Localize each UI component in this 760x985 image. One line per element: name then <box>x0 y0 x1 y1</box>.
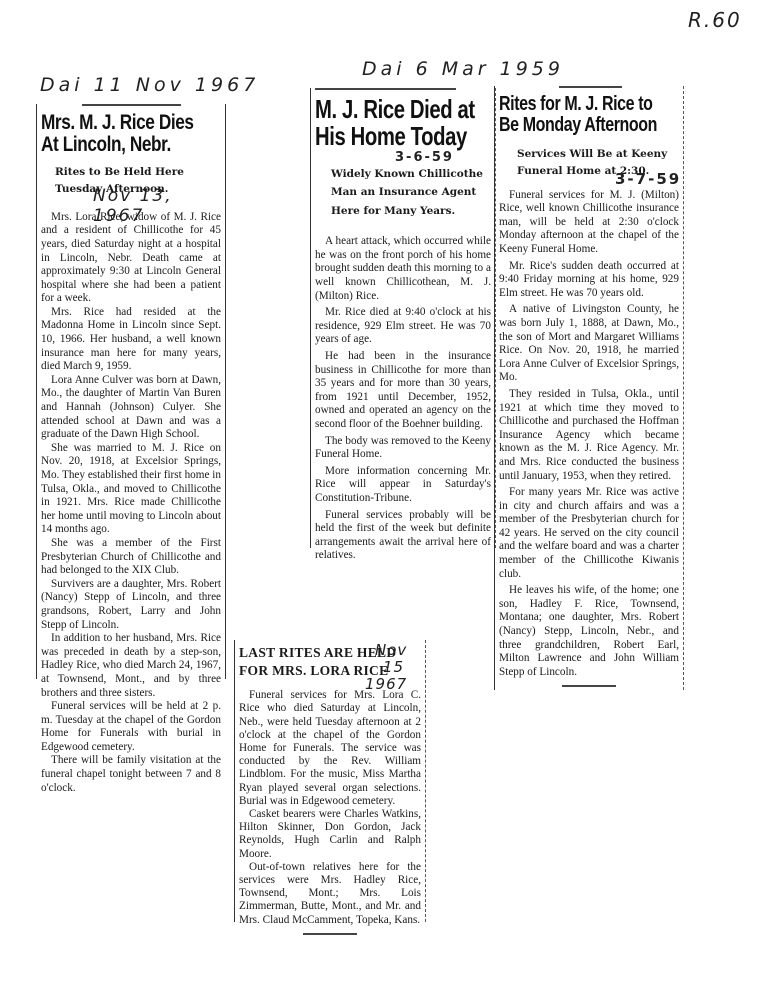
article-body: A heart attack, which occurred while he … <box>315 235 491 563</box>
rule-divider <box>315 88 456 90</box>
paragraph: A native of Livingston County, he was bo… <box>499 303 679 385</box>
headline-line: Be Monday Afternoon <box>499 115 683 136</box>
rule-divider <box>82 104 181 106</box>
headline: Rites for M. J. Rice to Be Monday Aftern… <box>499 94 683 136</box>
paragraph: Funeral services for M. J. (Milton) Rice… <box>499 189 679 257</box>
handwritten-date-line: Nov <box>375 642 407 659</box>
subheadline: Widely Known Chillicothe Man an Insuranc… <box>331 165 491 222</box>
headline-line: Mrs. M. J. Rice Dies <box>41 112 221 134</box>
rule-divider <box>559 86 622 88</box>
headline: M. J. Rice Died at His Home Today <box>315 96 494 151</box>
article-body: Funeral services for M. J. (Milton) Rice… <box>499 189 679 680</box>
headline-line: His Home Today <box>315 123 494 150</box>
paragraph: Mr. Rice died at 9:40 o'clock at his res… <box>315 306 491 347</box>
handwritten-source-note: Dai 11 Nov 1967 <box>40 74 259 96</box>
article-body: Mrs. Lora Rice, widow of M. J. Rice and … <box>41 211 221 796</box>
handwritten-source-note: Dai 6 Mar 1959 <box>362 58 564 80</box>
paragraph: Funeral services will be held at 2 p. m.… <box>41 700 221 754</box>
subhead-line: Services Will Be at Keeny <box>517 146 679 163</box>
paragraph: More information concerning Mr. Rice wil… <box>315 465 491 506</box>
headline-line: At Lincoln, Nebr. <box>41 134 221 156</box>
clipping-rites-mj-rice: Rites for M. J. Rice to Be Monday Aftern… <box>494 86 684 690</box>
paragraph: Funeral services for Mrs. Lora C. Rice w… <box>239 689 421 808</box>
paragraph: Mr. Rice's sudden death occurred at 9:40… <box>499 260 679 301</box>
paragraph: Lora Anne Culver was born at Dawn, Mo., … <box>41 374 221 442</box>
paragraph: She was married to M. J. Rice on Nov. 20… <box>41 442 221 537</box>
paragraph: Mrs. Rice had resided at the Madonna Hom… <box>41 306 221 374</box>
clipping-last-rites-lora: LAST RITES ARE HELD FOR MRS. LORA RICE N… <box>234 640 426 922</box>
paragraph: A heart attack, which occurred while he … <box>315 235 491 303</box>
paragraph: He leaves his wife, of the home; one son… <box>499 584 679 679</box>
headline-line: M. J. Rice Died at <box>315 96 494 123</box>
paragraph: They resided in Tulsa, Okla., until 1921… <box>499 388 679 483</box>
clipping-lora-rice-dies: Mrs. M. J. Rice Dies At Lincoln, Nebr. R… <box>36 104 226 679</box>
paragraph: In addition to her husband, Mrs. Rice wa… <box>41 632 221 700</box>
rule-divider <box>562 685 616 687</box>
paragraph: For many years Mr. Rice was active in ci… <box>499 486 679 581</box>
clipping-mj-rice-died: M. J. Rice Died at His Home Today 3-6-59… <box>310 88 496 548</box>
paragraph: Funeral services probably will be held t… <box>315 509 491 563</box>
handwritten-date: 3-7-59 <box>615 170 681 188</box>
handwritten-date: 3-6-59 <box>395 150 454 165</box>
headline-line: Rites for M. J. Rice to <box>499 94 683 115</box>
subhead-line: Widely Known Chillicothe <box>331 165 491 184</box>
paragraph: The body was removed to the Keeny Funera… <box>315 435 491 462</box>
subhead-line: Man an Insurance Agent <box>331 183 491 202</box>
headline: Mrs. M. J. Rice Dies At Lincoln, Nebr. <box>41 112 221 156</box>
paragraph: She was a member of the First Presbyteri… <box>41 537 221 578</box>
handwritten-date-line: 1967 <box>365 676 407 693</box>
handwritten-date: Nov 15 1967 <box>375 642 407 693</box>
rule-divider <box>303 933 358 935</box>
paragraph: Survivers are a daughter, Mrs. Robert (N… <box>41 578 221 632</box>
paragraph: There will be family visitation at the f… <box>41 754 221 795</box>
paragraph: He had been in the insurance business in… <box>315 350 491 432</box>
paragraph: Casket bearers were Charles Watkins, Hil… <box>239 808 421 861</box>
page-marker: R.60 <box>688 8 742 32</box>
subhead-line: Here for Many Years. <box>331 202 491 221</box>
handwritten-date: Nov 13, 1967 <box>93 186 225 226</box>
subhead-line: Rites to Be Held Here <box>55 164 221 181</box>
paragraph: Out-of-town relatives here for the servi… <box>239 861 421 927</box>
article-body: Funeral services for Mrs. Lora C. Rice w… <box>239 689 421 927</box>
handwritten-date-line: 15 <box>375 659 407 676</box>
